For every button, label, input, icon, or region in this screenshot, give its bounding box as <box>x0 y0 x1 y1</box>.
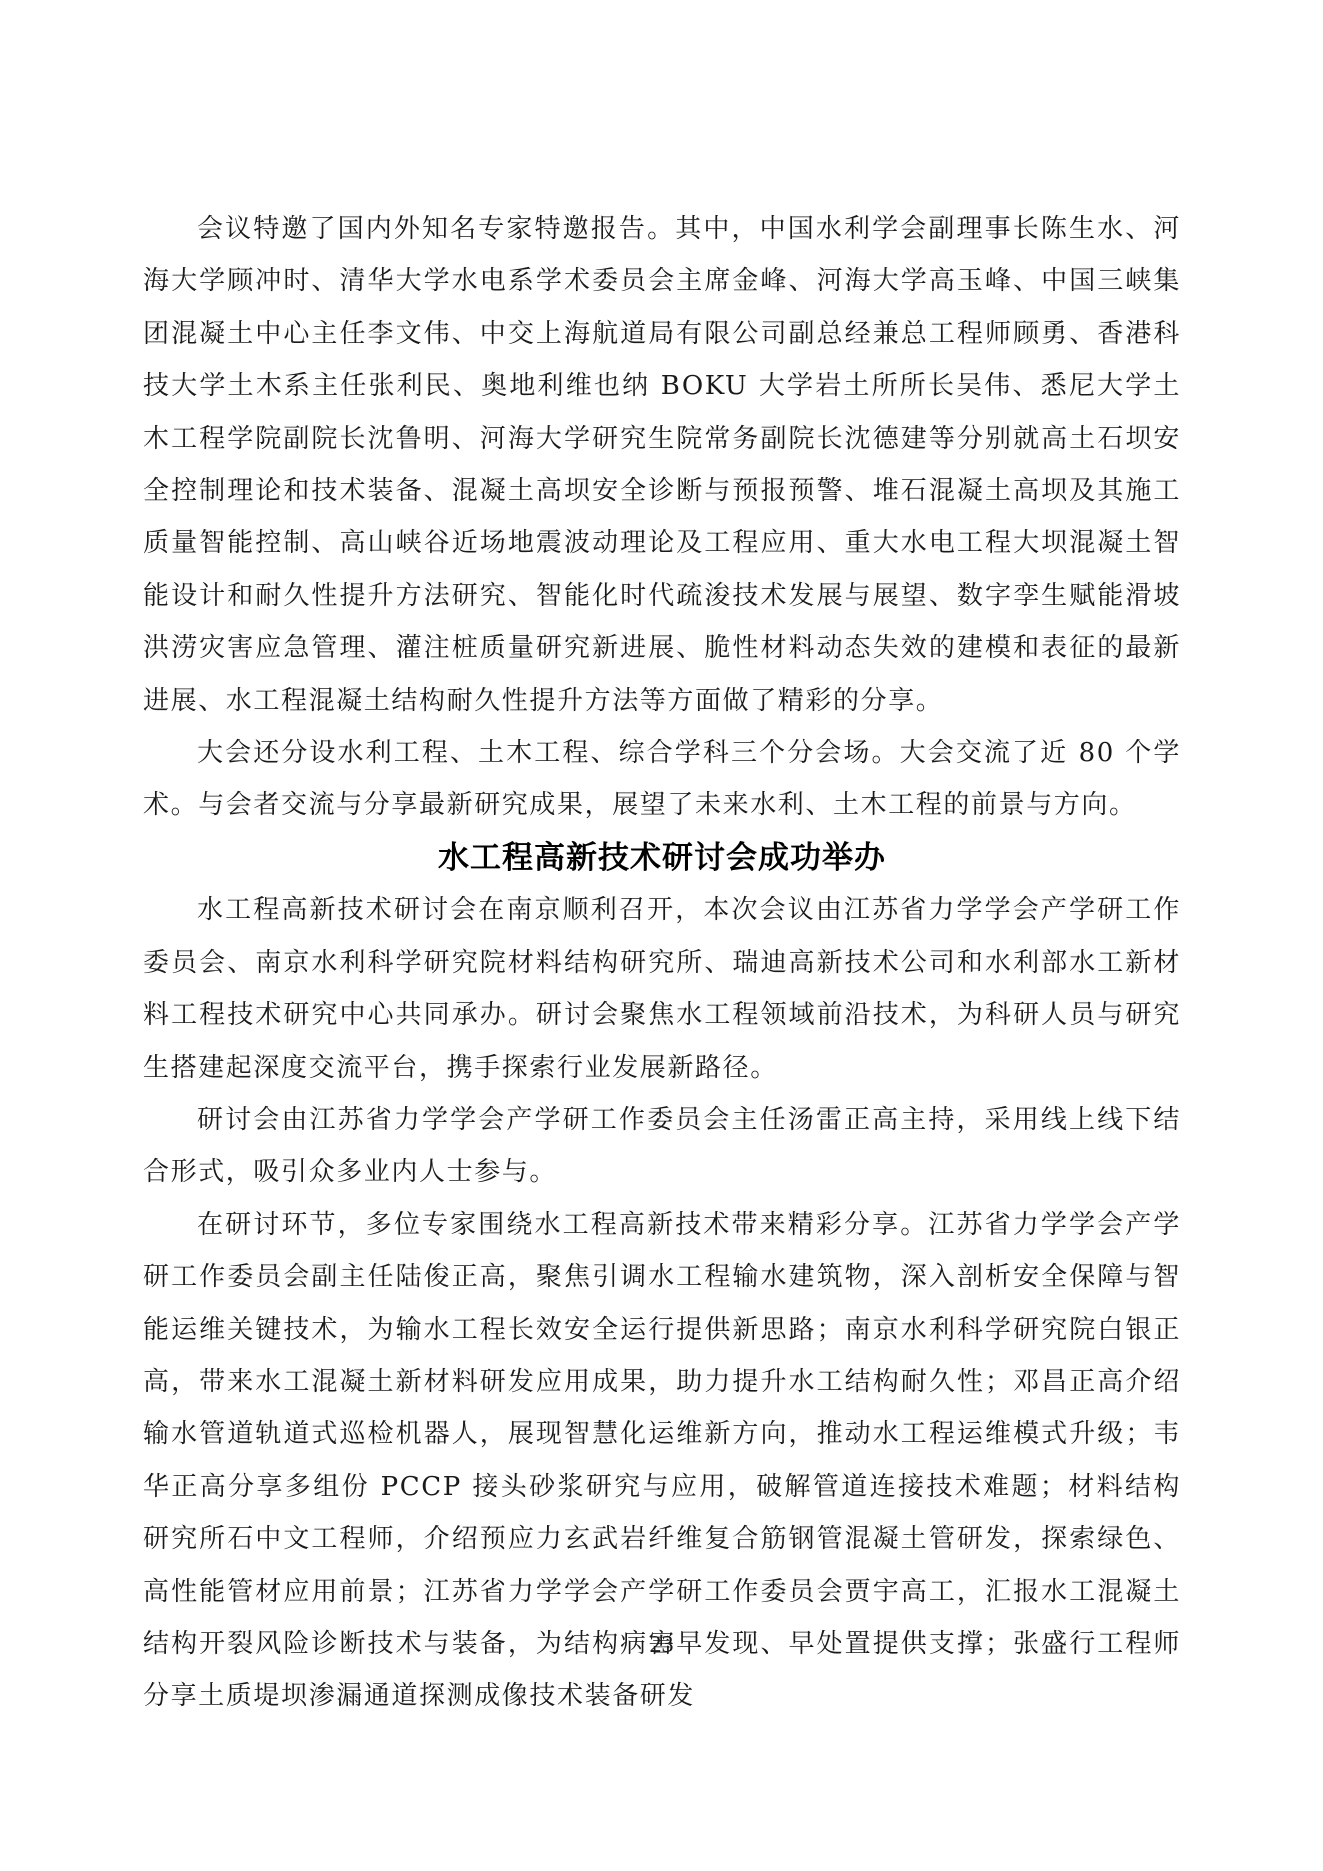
paragraph-seminar-intro: 水工程高新技术研讨会在南京顺利召开，本次会议由江苏省力学学会产学研工作委员会、南… <box>143 884 1181 1094</box>
document-page: 会议特邀了国内外知名专家特邀报告。其中，中国水利学会副理事长陈生水、河海大学顾冲… <box>143 203 1181 1723</box>
paragraph-sub-venues: 大会还分设水利工程、土木工程、综合学科三个分会场。大会交流了近 80 个学术。与… <box>143 727 1181 832</box>
paragraph-seminar-host: 研讨会由江苏省力学学会产学研工作委员会主任汤雷正高主持，采用线上线下结合形式，吸… <box>143 1094 1181 1199</box>
section-heading: 水工程高新技术研讨会成功举办 <box>143 832 1181 884</box>
paragraph-invited-reports: 会议特邀了国内外知名专家特邀报告。其中，中国水利学会副理事长陈生水、河海大学顾冲… <box>143 203 1181 727</box>
page-number: 23 <box>0 1632 1323 1659</box>
